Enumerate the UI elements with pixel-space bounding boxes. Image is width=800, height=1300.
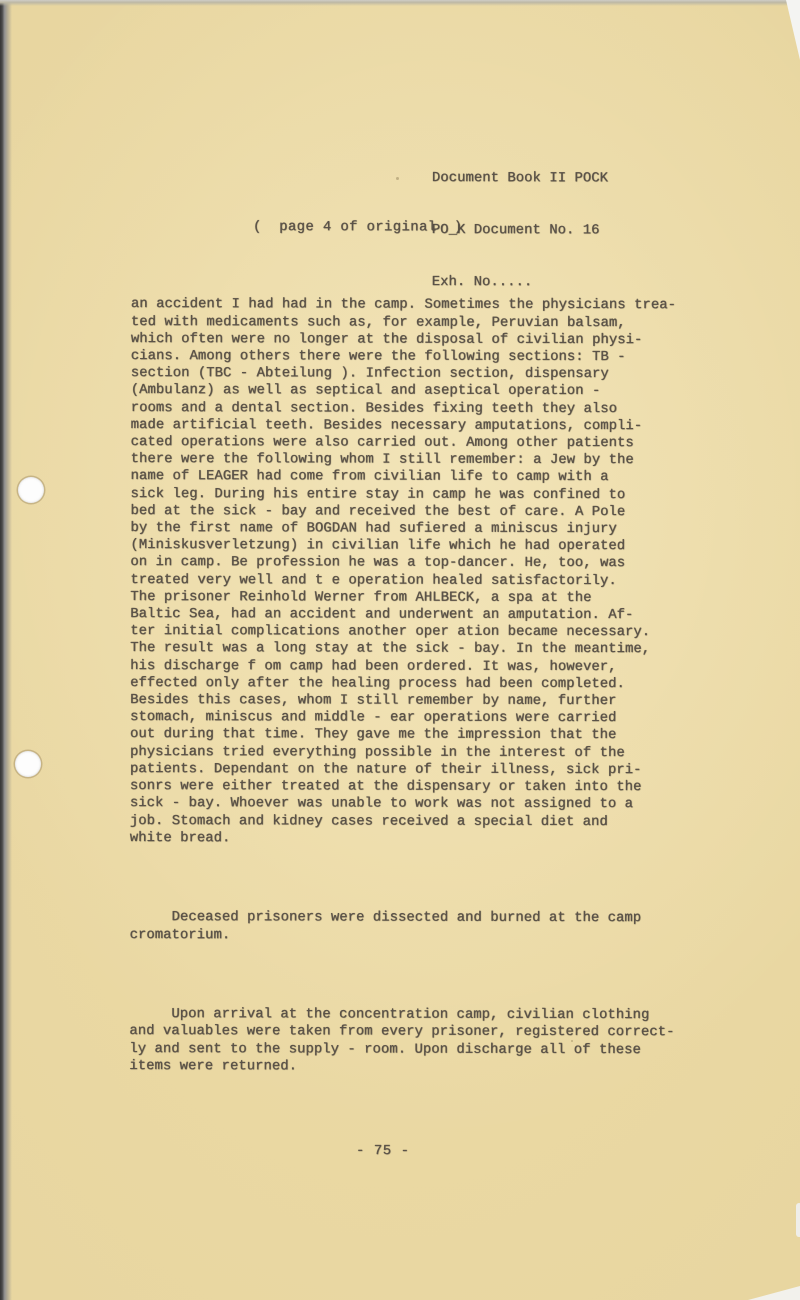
- scan-corner-bottom-right: [748, 1286, 800, 1300]
- scan-corner-top-right: [780, 0, 800, 60]
- body-paragraph-3: Upon arrival at the concentration camp, …: [129, 1006, 709, 1076]
- scan-edge-left: [0, 0, 12, 1300]
- punch-hole-bottom: [15, 751, 41, 777]
- scanned-document-page: Document Book II POCK PO_K Document No. …: [0, 0, 800, 1300]
- paper-speck: [396, 177, 399, 180]
- page-of-original-note: ( page 4 of original ): [253, 219, 463, 237]
- document-body: an accident I had had in the camp. Somet…: [129, 262, 711, 1111]
- page-number: - 75 -: [356, 1143, 410, 1160]
- paper-edge-notch: [796, 1203, 800, 1237]
- body-paragraph-1: an accident I had had in the camp. Somet…: [130, 296, 711, 848]
- scan-edge-top: [0, 0, 800, 6]
- header-line-document-book: Document Book II POCK: [432, 170, 608, 188]
- punch-hole-top: [18, 477, 44, 503]
- body-paragraph-2: Deceased prisoners were dissected and bu…: [130, 909, 710, 945]
